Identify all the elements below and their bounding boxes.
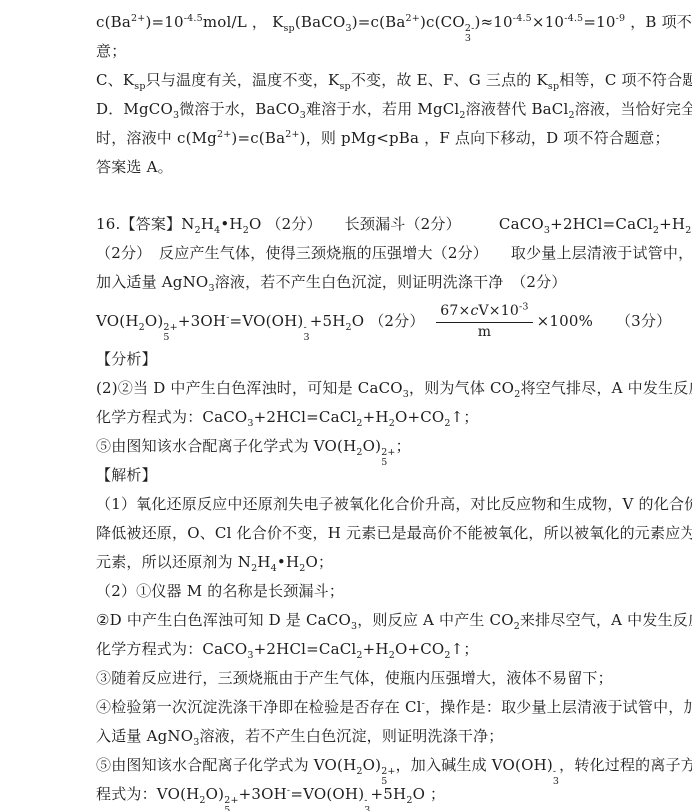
explain-heading: 【解析】 (96, 461, 664, 490)
explain-1b: 降低被还原，O、Cl 化合价不变，H 元素已是最高价不能被氧化，所以被氧化的元素… (96, 519, 664, 548)
q15-c-option: C、Ksp只与温度有关，温度不变，Ksp不变，故 E、F、G 三点的 Ksp相等… (96, 66, 664, 95)
q15-b-option-end: 意； (96, 37, 664, 66)
q15-b-option-calc: c(Ba2+)=10-4.5mol/L ， Ksp(BaCO3)=c(Ba2+)… (96, 8, 664, 37)
q15-d-option-2: 时，溶液中 c(Mg2+)=c(Ba2+)，则 pMg<pBa ，F 点向下移动… (96, 124, 664, 153)
analysis-1: (2)②当 D 中产生白色浑浊时，可知是 CaCO3，则为气体 CO2将空气排尽… (96, 374, 664, 403)
q16-answer-1: 16.【答案】N2H4•H2O （2分） 长颈漏斗（2分） CaCO3+2HCl… (96, 210, 664, 239)
explain-1a: （1）氧化还原反应中还原剂失电子被氧化化合价升高，对比反应物和生成物，V 的化合… (96, 490, 664, 519)
q16-answer-4-formula: VO(H2O)2+5+3OH-=VO(OH)-3+5H2O （2分） 67×cV… (96, 297, 664, 345)
analysis-2: 化学方程式为：CaCO3+2HCl=CaCl2+H2O+CO2↑； (96, 403, 664, 432)
analysis-3: ⑤由图知该水合配离子化学式为 VO(H2O)2+5； (96, 432, 664, 461)
explain-2-4b: 入适量 AgNO3溶液，若不产生白色沉淀，则证明洗涤干净； (96, 722, 664, 751)
q15-d-option-1: D．MgCO3微溶于水，BaCO3难溶于水，若用 MgCl2溶液替代 BaCl2… (96, 95, 664, 124)
explain-1c: 元素，所以还原剂为 N2H4•H2O； (96, 548, 664, 577)
explain-2-3: ③随着反应进行，三颈烧瓶由于产生气体，使瓶内压强增大，液体不易留下； (96, 664, 664, 693)
explain-2-2b: 化学方程式为：CaCO3+2HCl=CaCl2+H2O+CO2↑； (96, 635, 664, 664)
q15-final-answer: 答案选 A。 (96, 153, 664, 182)
q16-answer-3: 加入适量 AgNO3溶液，若不产生白色沉淀，则证明洗涤干净 （2分） (96, 268, 664, 297)
explain-2-1: （2）①仪器 M 的名称是长颈漏斗； (96, 577, 664, 606)
q16-answer-2: （2分） 反应产生气体，使得三颈烧瓶的压强增大（2分） 取少量上层清液于试管中， (96, 239, 664, 268)
explain-2-5b: 程式为：VO(H2O)2+5+3OH-=VO(OH)-3+5H2O ； (96, 780, 664, 809)
explain-2-2a: ②D 中产生白色浑浊可知 D 是 CaCO3，则反应 A 中产生 CO2来排尽空… (96, 606, 664, 635)
explain-2-4a: ④检验第一次沉淀洗涤干净即在检验是否存在 Cl-，操作是：取少量上层清液于试管中… (96, 693, 664, 722)
analysis-heading: 【分析】 (96, 345, 664, 374)
document-body: c(Ba2+)=10-4.5mol/L ， Ksp(BaCO3)=c(Ba2+)… (96, 8, 664, 809)
document-page: c(Ba2+)=10-4.5mol/L ， Ksp(BaCO3)=c(Ba2+)… (0, 0, 692, 811)
explain-2-5a: ⑤由图知该水合配离子化学式为 VO(H2O)2+5，加入碱生成 VO(OH)-3… (96, 751, 664, 780)
